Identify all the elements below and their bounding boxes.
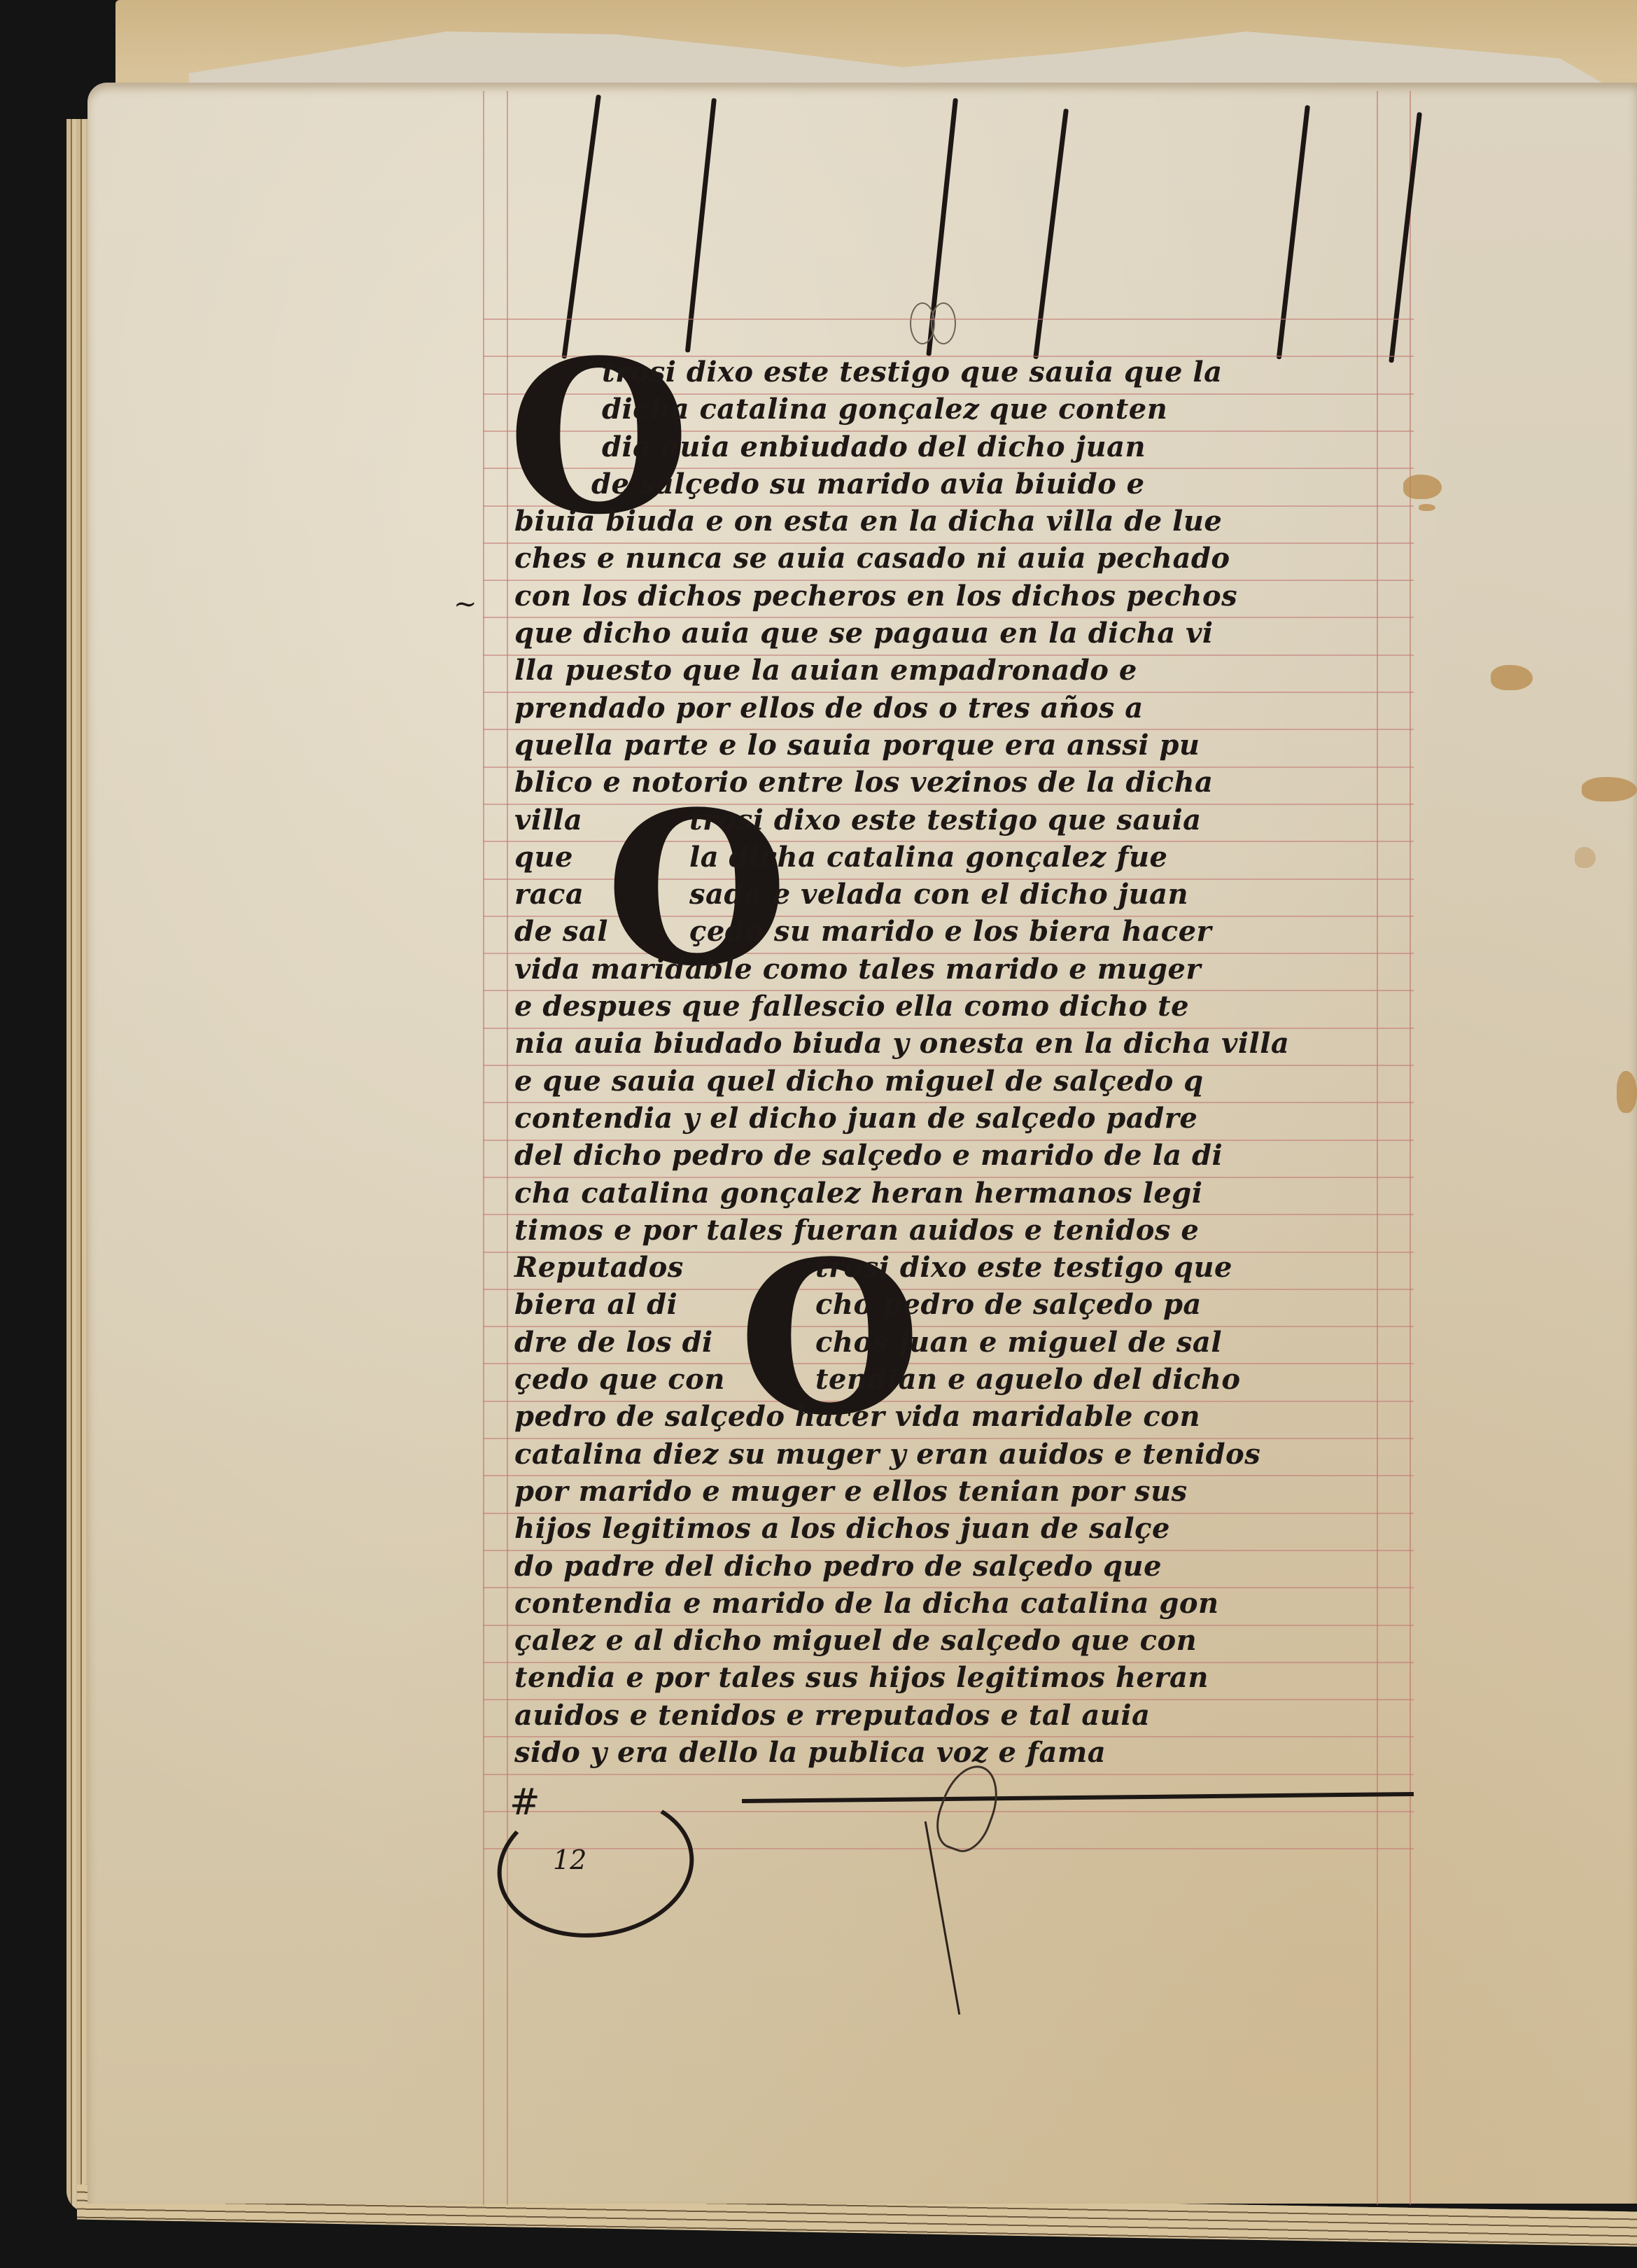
- text-segment: la dicha catalina gonçalez fue: [689, 841, 1168, 874]
- text-line: lla puesto que la auian empadronado e: [514, 652, 1417, 689]
- text-line: prendado por ellos de dos o tres años a: [514, 689, 1417, 727]
- text-line: quella parte e lo sauia porque era anssi…: [514, 727, 1417, 764]
- text-line: nia auia biudado biuda y onesta en la di…: [514, 1025, 1417, 1062]
- text-line: vida maridable como tales marido e muger: [514, 951, 1417, 988]
- folio-number: 12: [553, 1844, 586, 1875]
- stain: [1419, 504, 1435, 511]
- left-margin-rule: [483, 91, 484, 2205]
- text-line: de salçedo su marido avia biuido e: [514, 465, 1417, 503]
- stain: [1491, 665, 1533, 690]
- text-segment: sada e velada con el dicho juan: [689, 878, 1188, 911]
- text-line: racasada e velada con el dicho juan: [514, 876, 1417, 913]
- text-line: quela dicha catalina gonçalez fue: [514, 839, 1417, 876]
- side-word: que: [514, 839, 689, 876]
- text-line: çalez e al dicho miguel de salçedo que c…: [514, 1622, 1417, 1659]
- text-line: de salçedo su marido e los biera hacer: [514, 913, 1417, 950]
- text-line: villatrosi dixo este testigo que sauia: [514, 801, 1417, 839]
- cross-mark-icon: [931, 302, 956, 344]
- text-segment: tendian e aguelo del dicho: [815, 1363, 1241, 1396]
- side-word: çedo que con: [514, 1361, 815, 1398]
- text-line: con los dichos pecheros en los dichos pe…: [514, 577, 1417, 615]
- text-line: auidos e tenidos e rreputados e tal auia: [514, 1697, 1417, 1734]
- side-word: dre de los di: [514, 1324, 815, 1361]
- side-word: villa: [514, 801, 689, 839]
- text-line: tendia e por tales sus hijos legitimos h…: [514, 1659, 1417, 1696]
- text-segment: çedo su marido e los biera hacer: [689, 915, 1211, 948]
- text-line: pedro de salçedo hacer vida maridable co…: [514, 1398, 1417, 1435]
- text-line: cha catalina gonçalez heran hermanos leg…: [514, 1175, 1417, 1212]
- text-line: por marido e muger e ellos tenian por su…: [514, 1473, 1417, 1510]
- text-line: contendia y el dicho juan de salçedo pad…: [514, 1100, 1417, 1137]
- text-line: contendia e marido de la dicha catalina …: [514, 1585, 1417, 1622]
- text-line: biera al dicho pedro de salçedo pa: [514, 1286, 1417, 1323]
- text-line: do padre del dicho pedro de salçedo que: [514, 1548, 1417, 1585]
- side-word: biera al di: [514, 1286, 815, 1323]
- text-line: blico e notorio entre los vezinos de la …: [514, 764, 1417, 801]
- ruling-line: [483, 1774, 1414, 1775]
- text-line: dia auia enbiudado del dicho juan: [514, 428, 1417, 465]
- text-line: sido y era dello la publica voz e fama: [514, 1734, 1417, 1771]
- side-word: raca: [514, 876, 689, 913]
- text-line: dicha catalina gonçalez que conten: [514, 391, 1417, 428]
- text-line: catalina diez su muger y eran auidos e t…: [514, 1436, 1417, 1473]
- text-line: ches e nunca se auia casado ni auia pech…: [514, 540, 1417, 577]
- manuscript-text: trosi dixo este testigo que sauia que la…: [514, 353, 1417, 1771]
- text-line: trosi dixo este testigo que sauia que la: [514, 353, 1417, 391]
- side-word: de sal: [514, 913, 689, 950]
- text-segment: chos juan e miguel de sal: [815, 1326, 1222, 1359]
- stain: [1575, 847, 1596, 868]
- text-line: çedo que contendian e aguelo del dicho: [514, 1361, 1417, 1398]
- margin-mark: ~: [454, 588, 477, 620]
- stain: [1617, 1071, 1637, 1113]
- text-line: biuia biuda e on esta en la dicha villa …: [514, 503, 1417, 540]
- text-line: e despues que fallescio ella como dicho …: [514, 988, 1417, 1025]
- stain: [1582, 777, 1637, 801]
- text-line: del dicho pedro de salçedo e marido de l…: [514, 1137, 1417, 1174]
- text-segment: trosi dixo este testigo que sauia: [689, 804, 1202, 836]
- text-line: que dicho auia que se pagaua en la dicha…: [514, 615, 1417, 652]
- text-segment: cho pedro de salçedo pa: [815, 1288, 1202, 1321]
- text-line: timos e por tales fueran auidos e tenido…: [514, 1212, 1417, 1249]
- text-line: Reputadostrosi dixo este testigo que: [514, 1249, 1417, 1286]
- side-word: Reputados: [514, 1249, 815, 1286]
- text-line: hijos legitimos a los dichos juan de sal…: [514, 1510, 1417, 1547]
- text-line: e que sauia quel dicho miguel de salçedo…: [514, 1063, 1417, 1100]
- text-line: dre de los dichos juan e miguel de sal: [514, 1324, 1417, 1361]
- text-segment: trosi dixo este testigo que: [815, 1251, 1232, 1284]
